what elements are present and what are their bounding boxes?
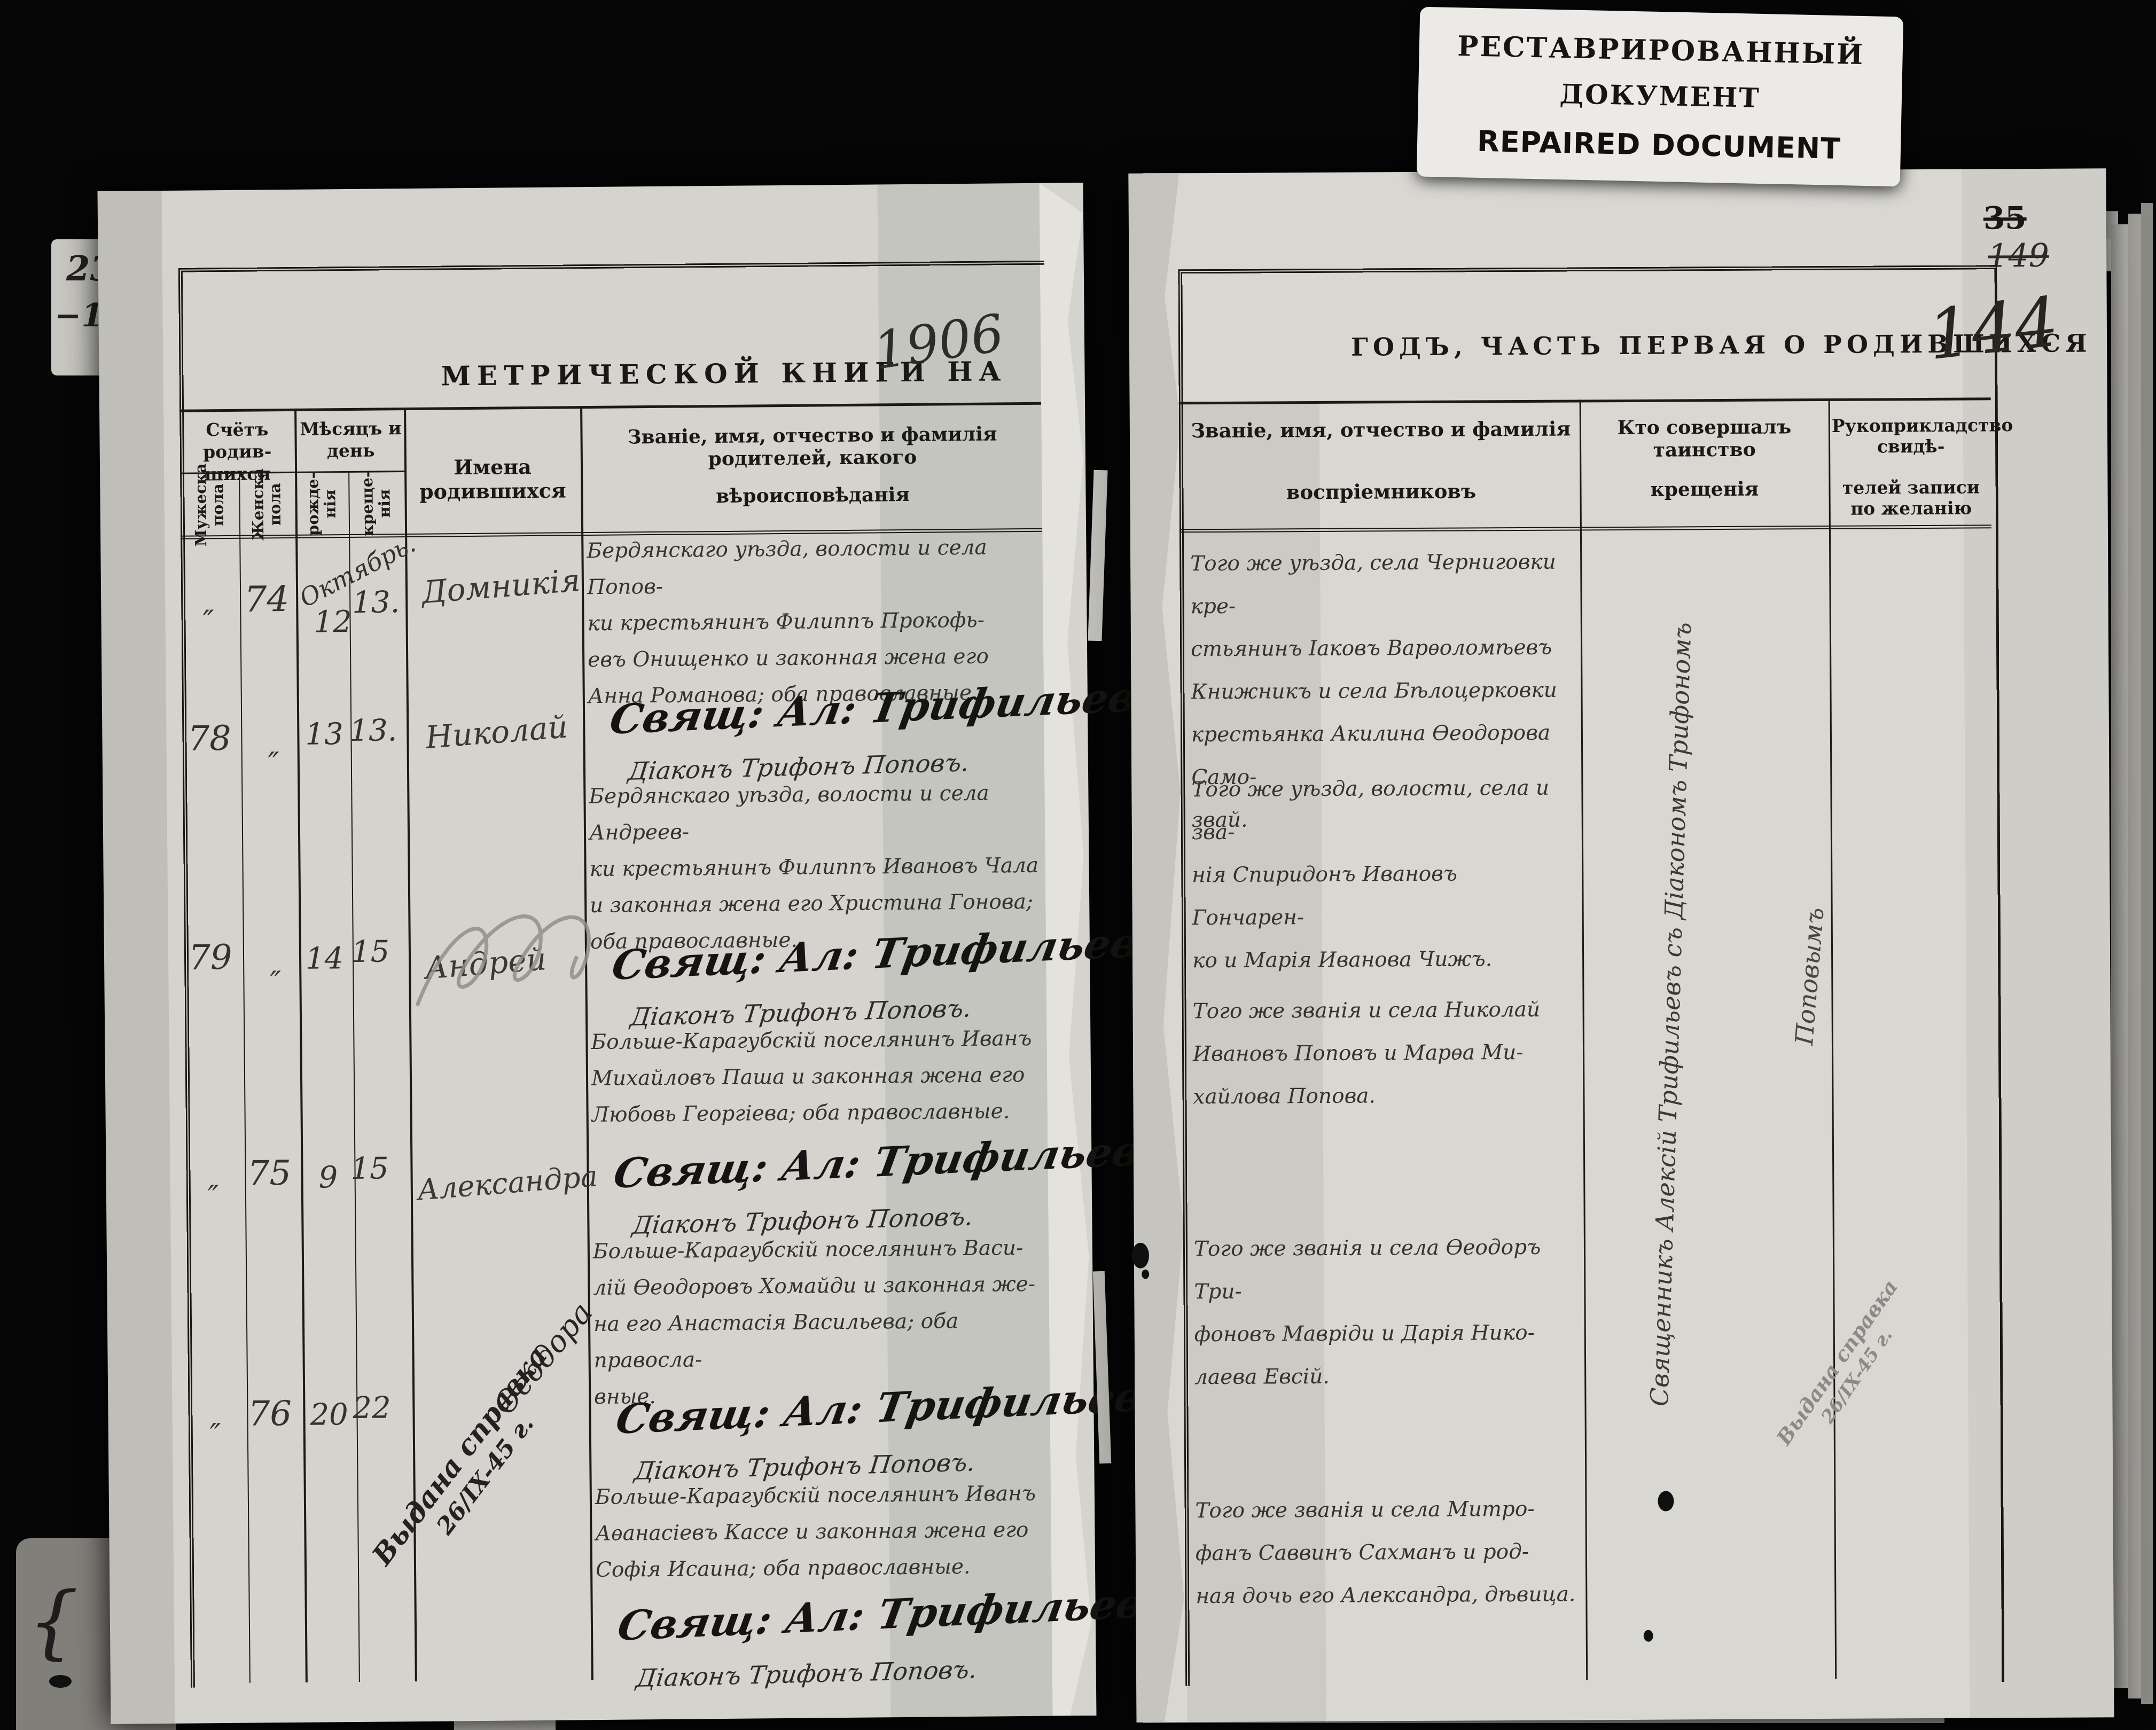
col-witnesses-1: Рукоприкладство свидѣ- bbox=[1832, 414, 1990, 457]
page-number-printed-crossed: 35 bbox=[1983, 200, 2027, 236]
ink-blot bbox=[1142, 1270, 1149, 1279]
record-godparents: Того же уѣзда, волости, села и зва- нія … bbox=[1191, 766, 1574, 982]
sheet-edge bbox=[2128, 214, 2142, 1698]
col-performer-1: Кто совершалъ таинство bbox=[1583, 416, 1826, 461]
record-baptized-day: 15 bbox=[351, 934, 390, 969]
ink-blot bbox=[1132, 1243, 1149, 1269]
record-godparents: Того же званія и села Ѳеодоръ Три- фонов… bbox=[1194, 1226, 1577, 1399]
col-witnesses-2: телей записи по желанію bbox=[1832, 476, 1990, 519]
record-baptized-day: 13. bbox=[349, 713, 397, 748]
record-baptized-day: 15 bbox=[350, 1151, 389, 1186]
record-female-count: ″ bbox=[270, 965, 281, 1000]
record-baptized-day: 13. bbox=[352, 585, 400, 620]
pencil-scribble bbox=[400, 875, 631, 1022]
record-godparents: Того же званія и села Николай Ивановъ По… bbox=[1192, 988, 1575, 1118]
repair-label-en: REPAIRED DOCUMENT bbox=[1417, 123, 1901, 167]
record-female-count: 74 bbox=[244, 578, 290, 620]
record-female-count: 76 bbox=[248, 1394, 292, 1434]
record-female-count: 75 bbox=[247, 1154, 291, 1194]
folio-number: 144 bbox=[1924, 282, 2063, 375]
record-born-day: 14 bbox=[306, 941, 344, 976]
record-born-day: 20 bbox=[310, 1397, 348, 1432]
bracket-mark: { bbox=[28, 1576, 79, 1669]
record-born-day: 9 bbox=[318, 1160, 338, 1195]
col-parents-1: Званіе, имя, отчество и фамилія родителе… bbox=[583, 422, 1042, 471]
ink-blot bbox=[49, 1675, 72, 1688]
record-parents: Больше-Карагубскій поселянинъ Иванъ Миха… bbox=[591, 1021, 1049, 1133]
col-names: Имена родившихся bbox=[404, 454, 581, 504]
repair-label-ru-2: ДОКУМЕНТ bbox=[1418, 75, 1902, 117]
record-godparents: Того же званія и села Митро- фанъ Саввин… bbox=[1195, 1488, 1577, 1618]
left-page: МЕТРИЧЕСКОЙ КНИГИ НА 1906 Счётъ родив- ш… bbox=[98, 183, 1097, 1724]
torn-shred bbox=[1088, 470, 1107, 641]
page-shading bbox=[98, 191, 175, 1724]
record-parents: Больше-Карагубскій поселянинъ Иванъ Аѳан… bbox=[595, 1476, 1053, 1588]
sheet-edge bbox=[2111, 224, 2128, 1688]
sheet-edge bbox=[2141, 203, 2153, 1704]
ink-blot bbox=[1644, 1630, 1653, 1642]
record-male-count: ″ bbox=[208, 1179, 219, 1214]
repair-label-ru-1: РЕСТАВРИРОВАННЫЙ bbox=[1419, 29, 1903, 72]
col-male: Мужеска пола bbox=[192, 454, 228, 556]
record-male-count: ″ bbox=[210, 1418, 221, 1452]
scanned-document-photo: { 23 −14 МЕТРИЧЕСКОЙ КНИГИ НА 1906 Счётъ… bbox=[0, 0, 2156, 1730]
right-page: 35 149 ГОДЪ, ЧАСТЬ ПЕРВАЯ О РОДИВШИХСЯ 1… bbox=[1128, 168, 2114, 1723]
repair-label-card: РЕСТАВРИРОВАННЫЙ ДОКУМЕНТ REPAIRED DOCUM… bbox=[1417, 7, 1903, 187]
record-female-count: ″ bbox=[268, 746, 279, 781]
record-born-day: 12 bbox=[314, 605, 352, 640]
record-male-count: ″ bbox=[202, 604, 214, 639]
col-birth: рожде- нія bbox=[304, 453, 340, 555]
col-godparents-2: воспріемниковъ bbox=[1183, 479, 1579, 504]
record-born-day: 13 bbox=[305, 717, 343, 752]
torn-shred bbox=[1093, 1271, 1112, 1464]
record-male-count: 79 bbox=[189, 938, 232, 978]
record-baptized-day: 22 bbox=[353, 1390, 391, 1426]
ink-blot bbox=[1658, 1491, 1674, 1511]
col-performer-2: крещенія bbox=[1583, 477, 1826, 501]
col-godparents-1: Званіе, имя, отчество и фамилія bbox=[1183, 417, 1579, 442]
col-parents-2: вѣроисповѣданія bbox=[583, 482, 1042, 508]
col-female: Женска пола bbox=[249, 453, 285, 555]
record-male-count: 78 bbox=[188, 719, 231, 759]
